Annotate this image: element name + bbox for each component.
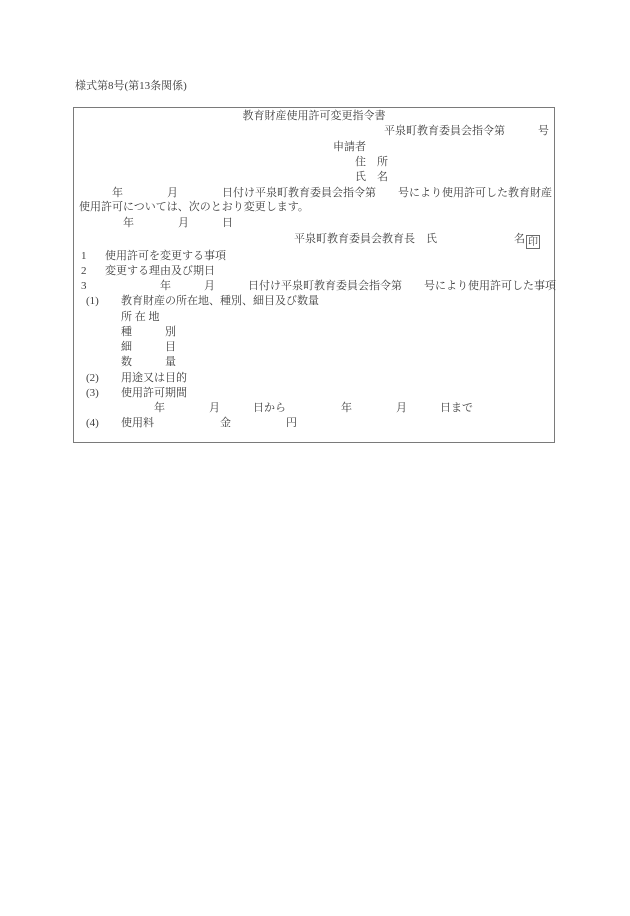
subitem-number: (4) xyxy=(86,417,121,431)
subitem-text: 所 在 地 xyxy=(121,311,160,325)
item-row-2: 2変更する理由及び期日 xyxy=(81,265,215,279)
item-text: 使用許可を変更する事項 xyxy=(105,250,226,264)
subitem-text: 種 別 xyxy=(121,326,176,340)
form-number-label: 様式第8号(第13条関係) xyxy=(75,80,187,94)
subitem-text: 使用許可期間 xyxy=(121,387,187,401)
item-row-3: 3 年 月 日付け平泉町教育委員会指令第 号により使用許可した事項 xyxy=(81,280,556,294)
subitem-number xyxy=(86,402,121,416)
applicant-label: 申請者 xyxy=(333,141,366,155)
issuer-signature-line: 平泉町教育委員会教育長 氏 名印 xyxy=(294,233,540,247)
subitem-row-1: (1)教育財産の所在地、種別、細目及び数量 xyxy=(86,295,319,309)
subitem-text: 教育財産の所在地、種別、細目及び数量 xyxy=(121,295,319,309)
subitem-number: (1) xyxy=(86,295,121,309)
subitem-row-period-dates: 年 月 日から 年 月 日まで xyxy=(86,402,473,416)
subitem-row-detail: 細 目 xyxy=(86,341,176,355)
subitem-number: (3) xyxy=(86,387,121,401)
subitem-row-quantity: 数 量 xyxy=(86,356,176,370)
subitem-text: 数 量 xyxy=(121,356,176,370)
subitem-row-3: (3)使用許可期間 xyxy=(86,387,187,401)
item-row-1: 1使用許可を変更する事項 xyxy=(81,250,226,264)
item-number: 3 xyxy=(81,280,105,294)
subitem-number xyxy=(86,356,121,370)
subitem-number: (2) xyxy=(86,372,121,386)
document-title: 教育財産使用許可変更指令書 xyxy=(74,110,554,124)
subitem-text: 使用料 金 円 xyxy=(121,417,297,431)
issuer-title-text: 平泉町教育委員会教育長 氏 名 xyxy=(294,233,525,245)
subitem-text: 用途又は目的 xyxy=(121,372,187,386)
document-page: 様式第8号(第13条関係) 教育財産使用許可変更指令書 平泉町教育委員会指令第 … xyxy=(0,0,630,916)
directive-number-line: 平泉町教育委員会指令第 号 xyxy=(384,125,549,139)
subitem-row-2: (2)用途又は目的 xyxy=(86,372,187,386)
subitem-row-category: 種 別 xyxy=(86,326,176,340)
item-number: 2 xyxy=(81,265,105,279)
address-label: 住 所 xyxy=(355,156,388,170)
subitem-text: 年 月 日から 年 月 日まで xyxy=(121,402,473,416)
issue-date-line: 年 月 日 xyxy=(79,217,233,231)
subitem-text: 細 目 xyxy=(121,341,176,355)
document-border-box: 教育財産使用許可変更指令書 平泉町教育委員会指令第 号 申請者 住 所 氏 名 … xyxy=(73,107,555,443)
item-text: 年 月 日付け平泉町教育委員会指令第 号により使用許可した事項 xyxy=(105,280,556,294)
subitem-number xyxy=(86,326,121,340)
subitem-number xyxy=(86,311,121,325)
name-label: 氏 名 xyxy=(355,171,388,185)
subitem-number xyxy=(86,341,121,355)
body-paragraph-line-1: 年 月 日付け平泉町教育委員会指令第 号により使用許可した教育財産 xyxy=(79,187,552,201)
subitem-row-location: 所 在 地 xyxy=(86,311,160,325)
item-number: 1 xyxy=(81,250,105,264)
item-text: 変更する理由及び期日 xyxy=(105,265,215,279)
subitem-row-4: (4)使用料 金 円 xyxy=(86,417,297,431)
body-paragraph-line-2: 使用許可については、次のとおり変更します。 xyxy=(79,201,309,215)
seal-stamp-box: 印 xyxy=(526,235,540,249)
